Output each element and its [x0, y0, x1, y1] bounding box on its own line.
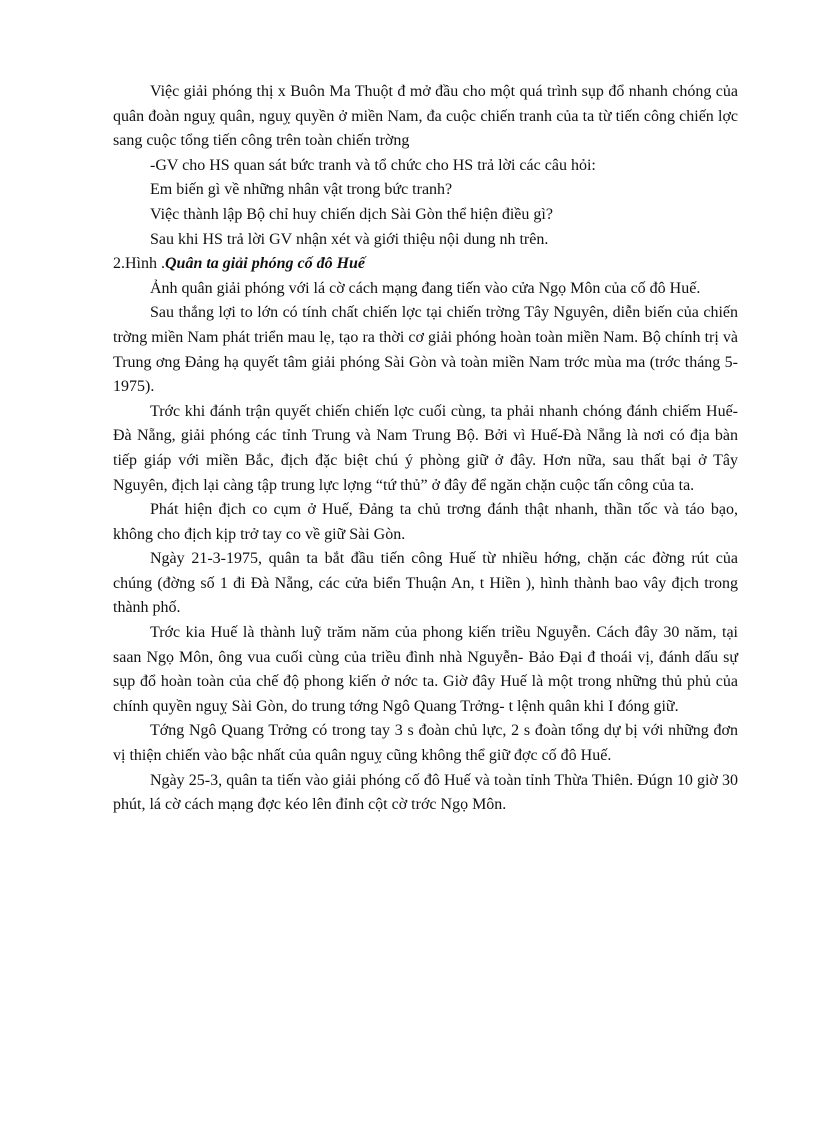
- body-paragraph: Sau thắng lợi to lớn có tính chất chiến …: [113, 301, 738, 399]
- heading-title: Quân ta giải phóng cố đô Huế: [165, 255, 365, 272]
- body-paragraph: Ảnh quân giải phóng với lá cờ cách mạng …: [113, 277, 738, 302]
- heading-prefix: 2.Hình .: [113, 255, 165, 272]
- body-paragraph: Ngày 25-3, quân ta tiến vào giải phóng c…: [113, 769, 738, 818]
- teacher-summary: Sau khi HS trả lời GV nhận xét và giới t…: [113, 228, 738, 253]
- section-heading: 2.Hình .Quân ta giải phóng cố đô Huế: [113, 252, 738, 277]
- body-paragraph: Tớng Ngô Quang Trởng có trong tay 3 s đo…: [113, 719, 738, 768]
- body-paragraph: Trớc kia Huế là thành luỹ trăm năm của p…: [113, 621, 738, 719]
- body-paragraph: Trớc khi đánh trận quyết chiến chiến lợc…: [113, 400, 738, 498]
- body-paragraph: Phát hiện địch co cụm ở Huế, Đảng ta chủ…: [113, 498, 738, 547]
- intro-paragraph: Việc giải phóng thị x Buôn Ma Thuột đ mở…: [113, 80, 738, 154]
- question-1: Em biến gì về những nhân vật trong bức t…: [113, 178, 738, 203]
- document-page: Việc giải phóng thị x Buôn Ma Thuột đ mở…: [113, 80, 738, 818]
- question-2: Việc thành lập Bộ chỉ huy chiến dịch Sài…: [113, 203, 738, 228]
- body-paragraph: Ngày 21-3-1975, quân ta bắt đầu tiến côn…: [113, 547, 738, 621]
- teacher-instruction: -GV cho HS quan sát bức tranh và tổ chức…: [113, 154, 738, 179]
